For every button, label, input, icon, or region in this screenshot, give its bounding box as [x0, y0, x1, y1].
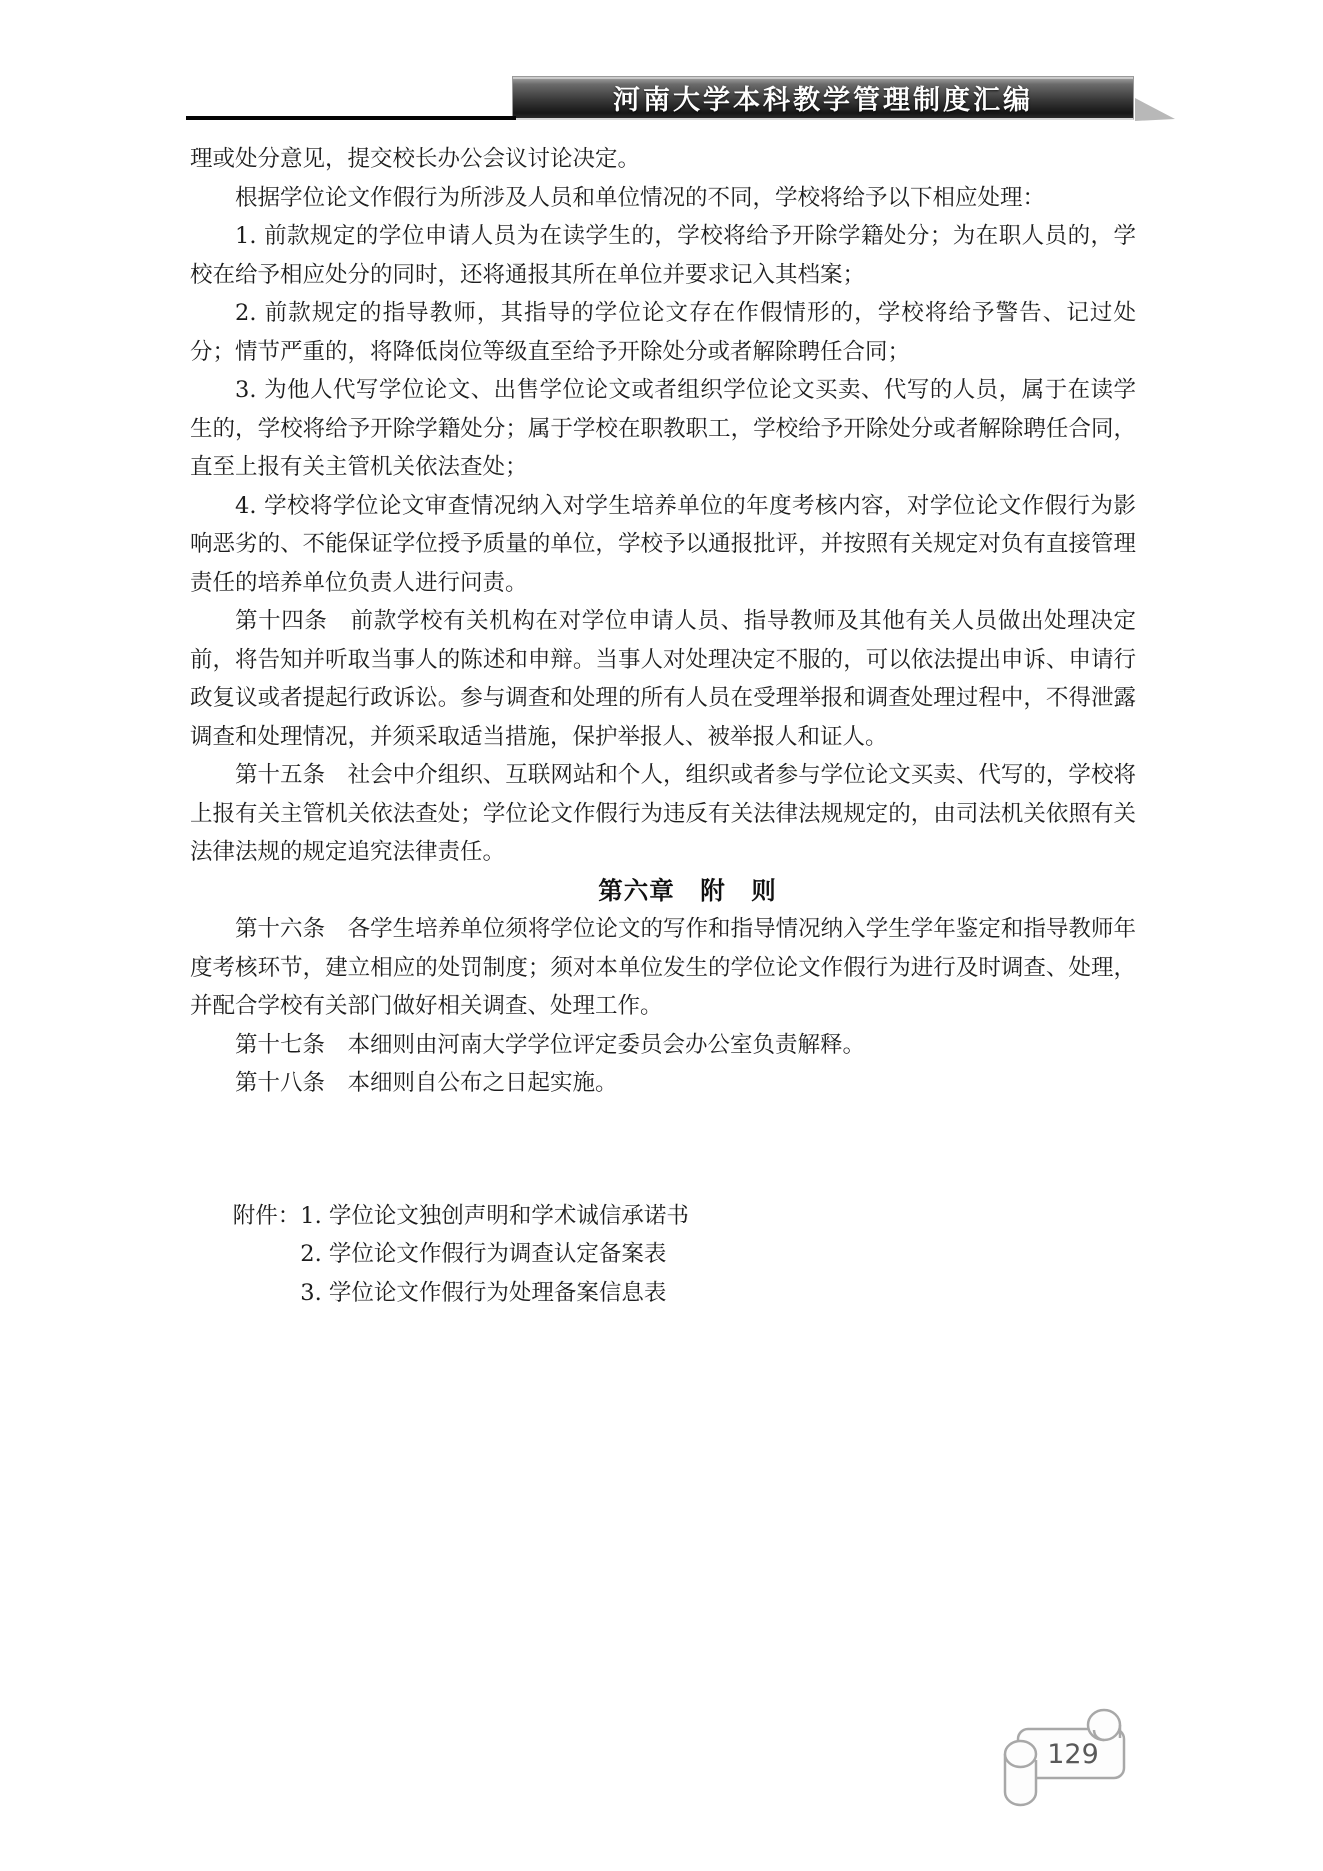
header-title: 河南大学本科教学管理制度汇编 — [613, 78, 1033, 117]
attachment-item-text: 1. 学位论文独创声明和学术诚信承诺书 — [300, 1203, 689, 1229]
body-paragraph: 根据学位论文作假行为所涉及人员和单位情况的不同，学校将给予以下相应处理： — [190, 179, 1136, 218]
body-paragraph: 第十六条 各学生培养单位须将学位论文的写作和指导情况纳入学生学年鉴定和指导教师年… — [190, 910, 1136, 1026]
body-paragraph: 第十五条 社会中介组织、互联网站和个人，组织或者参与学位论文买卖、代写的，学校将… — [190, 756, 1136, 872]
attachment-item-text: 2. 学位论文作假行为调查认定备案表 — [300, 1241, 666, 1267]
header-corner-arrow-icon — [1135, 96, 1175, 123]
header-title-bar: 河南大学本科教学管理制度汇编 — [512, 76, 1134, 120]
body-paragraph: 第十八条 本细则自公布之日起实施。 — [190, 1064, 1136, 1103]
body-paragraph: 1. 前款规定的学位申请人员为在读学生的，学校将给予开除学籍处分；为在职人员的，… — [190, 217, 1136, 294]
attachments-label: 附件： — [233, 1203, 301, 1229]
attachments-list: 附件：1. 学位论文独创声明和学术诚信承诺书 2. 学位论文作假行为调查认定备案… — [233, 1197, 1136, 1313]
attachment-item: 附件：1. 学位论文独创声明和学术诚信承诺书 — [233, 1197, 1136, 1236]
body-paragraph: 第十七条 本细则由河南大学学位评定委员会办公室负责解释。 — [190, 1026, 1136, 1065]
document-body: 理或处分意见，提交校长办公会议讨论决定。 根据学位论文作假行为所涉及人员和单位情… — [190, 140, 1136, 1312]
document-page: 河南大学本科教学管理制度汇编 理或处分意见，提交校长办公会议讨论决定。 根据学位… — [0, 0, 1323, 1871]
body-paragraph: 4. 学校将学位论文审查情况纳入对学生培养单位的年度考核内容，对学位论文作假行为… — [190, 487, 1136, 603]
header-rule — [186, 116, 516, 120]
page-number-scroll-icon: 129 — [1000, 1708, 1138, 1812]
body-paragraph: 第十四条 前款学校有关机构在对学位申请人员、指导教师及其他有关人员做出处理决定前… — [190, 602, 1136, 756]
body-paragraph: 2. 前款规定的指导教师，其指导的学位论文存在作假情形的，学校将给予警告、记过处… — [190, 294, 1136, 371]
page-number: 129 — [1047, 1739, 1099, 1770]
body-paragraph: 3. 为他人代写学位论文、出售学位论文或者组织学位论文买卖、代写的人员，属于在读… — [190, 371, 1136, 487]
body-paragraph: 理或处分意见，提交校长办公会议讨论决定。 — [190, 140, 1136, 179]
attachment-item: 3. 学位论文作假行为处理备案信息表 — [300, 1274, 1136, 1313]
attachment-item: 2. 学位论文作假行为调查认定备案表 — [300, 1235, 1136, 1274]
chapter-heading: 第六章 附 则 — [190, 872, 1136, 911]
attachment-item-text: 3. 学位论文作假行为处理备案信息表 — [300, 1280, 666, 1306]
